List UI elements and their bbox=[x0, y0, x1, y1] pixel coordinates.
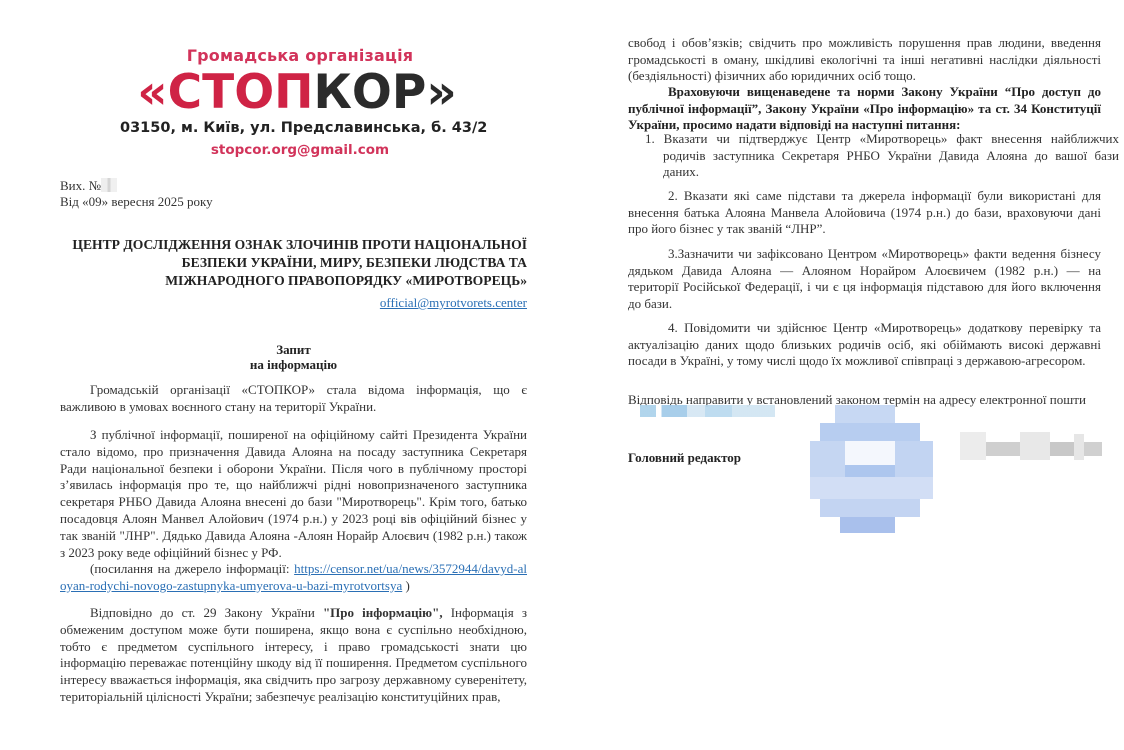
source-prefix: (посилання на джерело інформації: bbox=[90, 561, 294, 576]
source-suffix: ) bbox=[402, 578, 410, 593]
signatory-title: Головний редактор bbox=[628, 450, 741, 466]
outgoing-number-label: Вих. № bbox=[60, 178, 101, 193]
letterhead-org-type: Громадська організація bbox=[120, 46, 480, 65]
paragraph-background: З публічної інформації, поширеної на офі… bbox=[60, 427, 527, 561]
redacted-number bbox=[101, 178, 117, 192]
law-name: "Про інформацію", bbox=[323, 605, 443, 620]
logo-dark-part: КОР bbox=[314, 65, 427, 120]
legal-basis-prefix: Відповідно до ст. 29 Закону України bbox=[90, 605, 323, 620]
redacted-reply-email bbox=[640, 405, 775, 417]
request-title-line1: Запит bbox=[60, 342, 527, 357]
question-4: 4. Повідомити чи здійснює Центр «Миротво… bbox=[628, 320, 1101, 370]
question-1: 1. Вказати чи підтверджує Центр «Миротво… bbox=[645, 131, 1119, 181]
request-title: Запит на інформацію bbox=[60, 342, 527, 372]
outgoing-number: Вих. № bbox=[60, 178, 117, 194]
redacted-stamp bbox=[805, 405, 935, 533]
paragraph-source: (посилання на джерело інформації: https:… bbox=[60, 561, 527, 595]
question-3: 3.Зазначити чи зафіксовано Центром «Миро… bbox=[628, 246, 1101, 312]
recipient-email-link[interactable]: official@myrotvorets.center bbox=[60, 295, 527, 311]
letterhead-address: 03150, м. Київ, ул. Предславинська, б. 4… bbox=[120, 120, 480, 136]
paragraph-continuation: свобод і обов’язків; свідчить про можлив… bbox=[628, 35, 1101, 85]
document-page-1: Громадська організація «СТОПКОР» 03150, … bbox=[0, 0, 560, 750]
organization-logo: «СТОПКОР» bbox=[132, 66, 462, 120]
redacted-signatory-name bbox=[960, 432, 1102, 464]
logo-red-part: СТОП bbox=[168, 65, 314, 120]
paragraph-intro: Громадській організації «СТОПКОР» стала … bbox=[60, 382, 527, 416]
recipient-name: ЦЕНТР ДОСЛІДЖЕННЯ ОЗНАК ЗЛОЧИНІВ ПРОТИ Н… bbox=[60, 236, 527, 290]
question-2: 2. Вказати які саме підстави та джерела … bbox=[628, 188, 1101, 238]
request-title-line2: на інформацію bbox=[60, 357, 527, 372]
logo-close-quote: » bbox=[426, 65, 456, 120]
letter-date: Від «09» вересня 2025 року bbox=[60, 194, 213, 210]
logo-open-quote: « bbox=[137, 65, 167, 120]
letterhead-email: stopcor.org@gmail.com bbox=[120, 142, 480, 158]
paragraph-legal-basis: Відповідно до ст. 29 Закону України "Про… bbox=[60, 605, 527, 706]
paragraph-request-basis: Враховуючи вищенаведене та норми Закону … bbox=[628, 84, 1101, 134]
